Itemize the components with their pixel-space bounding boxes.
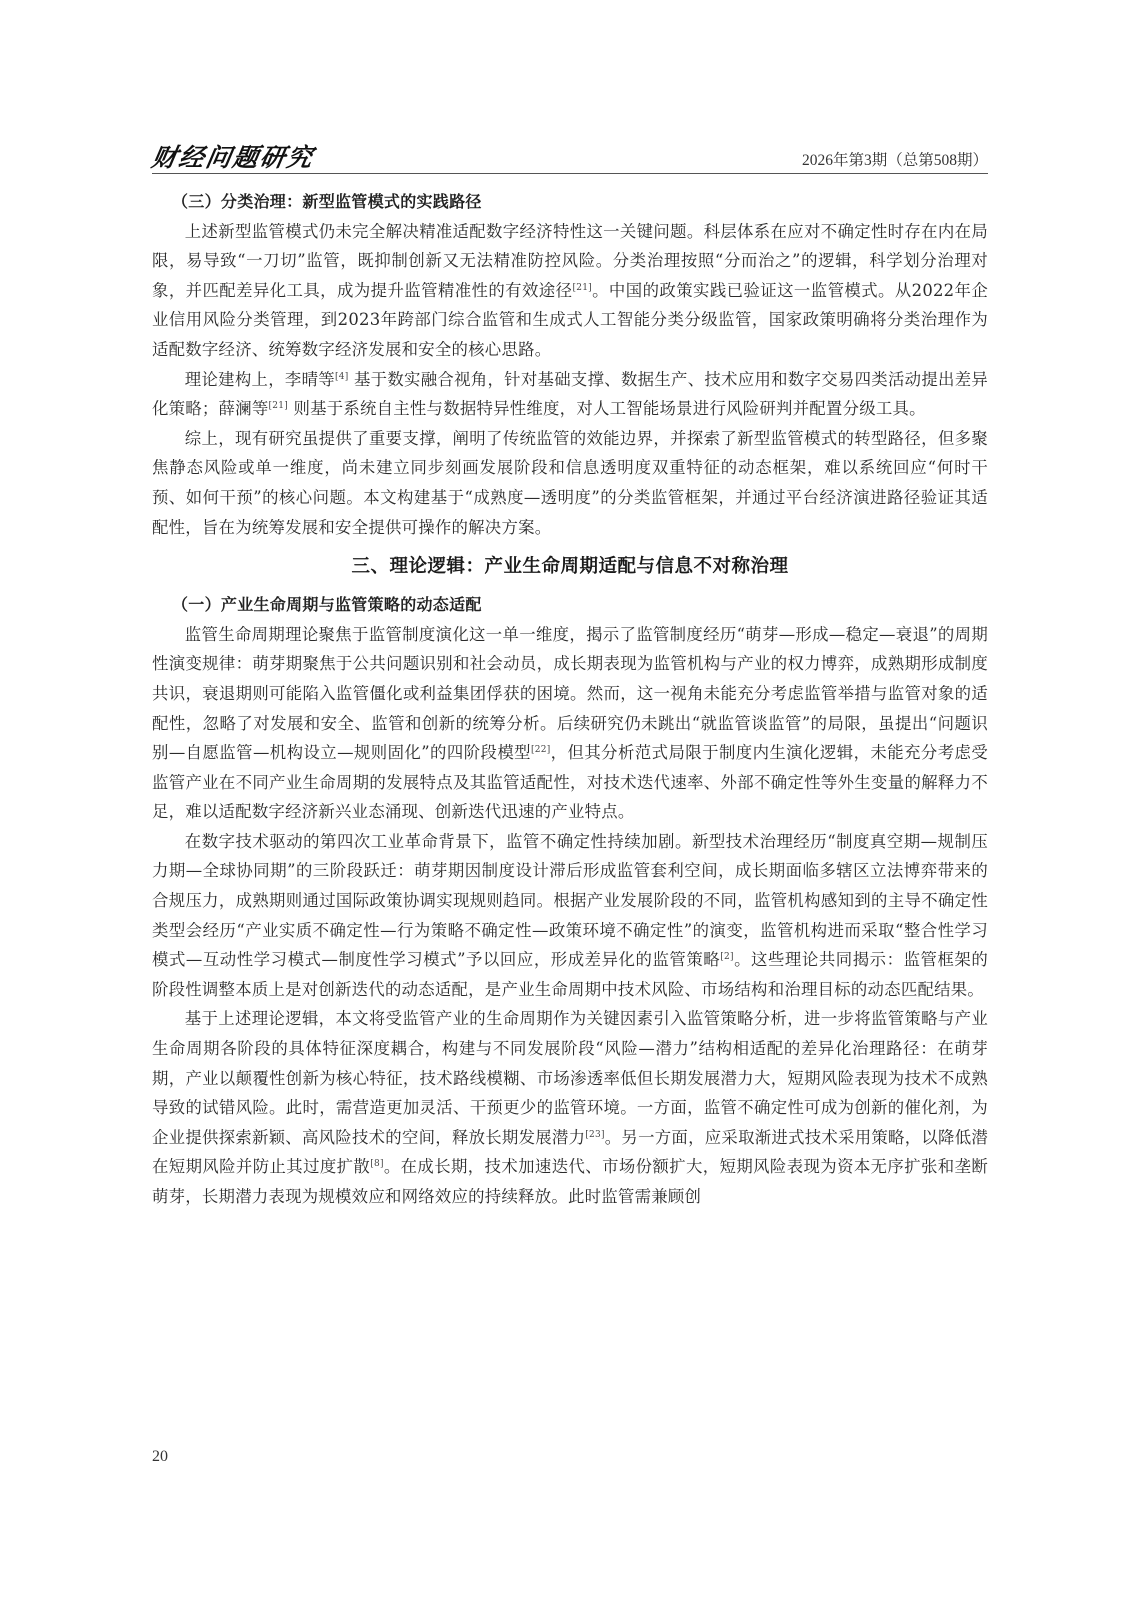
subsection-heading-lifecycle-adaptation: （一）产业生命周期与监管策略的动态适配	[152, 590, 988, 620]
citation: [4]	[335, 372, 349, 382]
section-heading-theoretical-logic: 三、理论逻辑：产业生命周期适配与信息不对称治理	[152, 552, 988, 582]
page-number: 20	[152, 1448, 168, 1466]
paragraph: 理论建构上，李晴等[4] 基于数实融合视角，针对基础支撑、数据生产、技术应用和数…	[152, 365, 988, 424]
paragraph: 在数字技术驱动的第四次工业革命背景下，监管不确定性持续加剧。新型技术治理经历“制…	[152, 827, 988, 1005]
citation: [21]	[268, 401, 287, 411]
paragraph-text: 在数字技术驱动的第四次工业革命背景下，监管不确定性持续加剧。新型技术治理经历“制…	[152, 832, 988, 969]
paragraph-text: 则基于系统自主性与数据特异性维度，对人工智能场景进行风险研判并配置分级工具。	[293, 399, 925, 418]
paragraph: 综上，现有研究虽提供了重要支撑，阐明了传统监管的效能边界，并探索了新型监管模式的…	[152, 424, 988, 542]
running-header: 财经问题研究 2026年第3期（总第508期）	[152, 138, 988, 174]
paragraph-text: 理论建构上，李晴等	[185, 370, 335, 389]
citation: [2]	[720, 952, 734, 962]
citation: [21]	[572, 283, 591, 293]
paragraph: 基于上述理论逻辑，本文将受监管产业的生命周期作为关键因素引入监管策略分析，进一步…	[152, 1004, 988, 1211]
article-body: （三）分类治理：新型监管模式的实践路径 上述新型监管模式仍未完全解决精准适配数字…	[152, 187, 988, 1212]
subsection-heading-classified-governance: （三）分类治理：新型监管模式的实践路径	[152, 187, 988, 217]
citation: [22]	[531, 745, 550, 755]
paragraph: 上述新型监管模式仍未完全解决精准适配数字经济特性这一关键问题。科层体系在应对不确…	[152, 217, 988, 365]
paragraph-text: 基于上述理论逻辑，本文将受监管产业的生命周期作为关键因素引入监管策略分析，进一步…	[152, 1009, 988, 1146]
journal-page: 财经问题研究 2026年第3期（总第508期） （三）分类治理：新型监管模式的实…	[152, 138, 988, 1212]
citation: [8]	[370, 1159, 384, 1169]
issue-info: 2026年第3期（总第508期）	[802, 153, 988, 171]
paragraph-text: 监管生命周期理论聚焦于监管制度演化这一单一维度，揭示了监管制度经历“萌芽—形成—…	[152, 625, 988, 762]
citation: [23]	[585, 1130, 604, 1140]
paragraph: 监管生命周期理论聚焦于监管制度演化这一单一维度，揭示了监管制度经历“萌芽—形成—…	[152, 620, 988, 827]
journal-title-logo: 财经问题研究	[150, 145, 316, 170]
